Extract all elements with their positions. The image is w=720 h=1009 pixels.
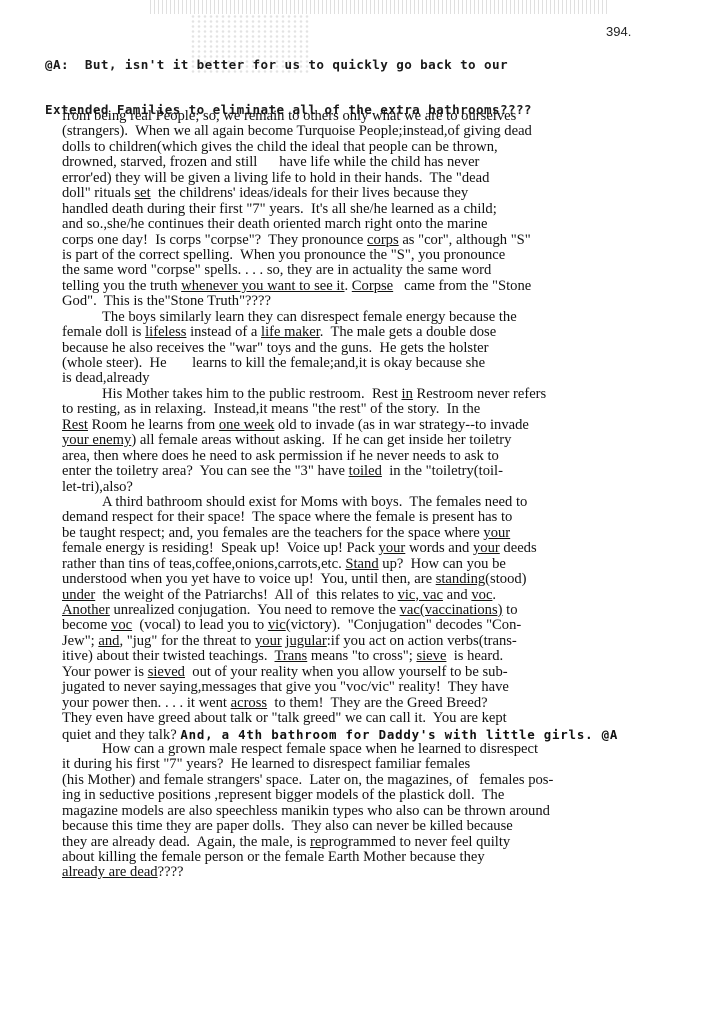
underlined-text: vic, vac [398, 587, 443, 603]
underlined-text: voc [111, 617, 132, 633]
underlined-text: your [255, 633, 282, 649]
text-line: doll" rituals set the childrens' ideas/i… [62, 186, 720, 201]
text-line: The boys similarly learn they can disres… [62, 310, 720, 325]
text-segment: handled death during their first "7" yea… [62, 201, 497, 217]
text-segment: programmed to never feel quilty [321, 834, 510, 850]
text-line: telling you the truth whenever you want … [62, 279, 720, 294]
text-segment: . The male gets a double dose [320, 324, 496, 340]
text-segment: God". This is the"Stone Truth"???? [62, 293, 271, 309]
text-segment: drowned, starved, frozen and still have … [62, 154, 479, 170]
text-line: is part of the correct spelling. When yo… [62, 248, 720, 263]
text-segment: (whole steer). He learns to kill the fem… [62, 355, 485, 371]
text-line: A third bathroom should exist for Moms w… [62, 495, 720, 510]
underlined-text: Rest [62, 417, 88, 433]
text-line: understood when you yet have to voice up… [62, 572, 720, 587]
text-line: become voc (vocal) to lead you to vic(vi… [62, 618, 720, 633]
text-line: it during his first "7" years? He learne… [62, 757, 720, 772]
text-segment: it during his first "7" years? He learne… [62, 756, 470, 772]
text-segment: is heard. [446, 648, 503, 664]
text-line: His Mother takes him to the public restr… [62, 387, 720, 402]
text-line: already are dead???? [62, 865, 720, 880]
underlined-text: sieve [416, 648, 446, 664]
text-segment: become [62, 617, 111, 633]
text-line: is dead,already [62, 371, 720, 386]
text-line: your enemy) all female areas without ask… [62, 433, 720, 448]
text-segment: be taught respect; and, you females are … [62, 525, 483, 541]
text-line: let-tri),also? [62, 480, 720, 495]
underlined-text: Trans [275, 648, 308, 664]
text-segment: deeds [500, 540, 537, 556]
text-segment: Room he learns from [88, 417, 219, 433]
text-segment: . [345, 278, 352, 294]
text-segment: is dead,already [62, 370, 150, 386]
text-line: about killing the female person or the f… [62, 850, 720, 865]
underlined-text: jugular [285, 633, 326, 649]
text-segment: telling you the truth [62, 278, 181, 294]
text-segment: Your power is [62, 664, 148, 680]
underlined-text: vac(vaccinations) [400, 602, 503, 618]
underlined-text: voc [471, 587, 492, 603]
text-line: jugated to never saying,messages that gi… [62, 680, 720, 695]
text-line: female energy is residing! Speak up! Voi… [62, 541, 720, 556]
text-line: Another unrealized conjugation. You need… [62, 603, 720, 618]
text-segment: ing in seductive positions ,represent bi… [62, 787, 504, 803]
underlined-text: toiled [349, 463, 382, 479]
text-segment: the childrens' ideas/ideals for their li… [151, 185, 469, 201]
text-segment: (vocal) to lead you to [132, 617, 268, 633]
text-segment: female doll is [62, 324, 145, 340]
text-line: magazine models are also speechless mani… [62, 804, 720, 819]
underlined-text: set [134, 185, 150, 201]
text-line: They even have greed about talk or "talk… [62, 711, 720, 726]
text-segment: (victory). "Conjugation" decodes "Con- [286, 617, 522, 633]
text-segment: The boys similarly learn they can disres… [102, 309, 517, 325]
text-line: the same word "corpse" spells. . . . so,… [62, 263, 720, 278]
text-segment: to them! They are the Greed Breed? [267, 695, 488, 711]
underlined-text: your enemy [62, 432, 131, 448]
underlined-text: across [231, 695, 267, 711]
text-segment: out of your reality when you allow yours… [185, 664, 508, 680]
text-line: God". This is the"Stone Truth"???? [62, 294, 720, 309]
text-segment: magazine models are also speechless mani… [62, 803, 550, 819]
text-line: ing in seductive positions ,represent bi… [62, 788, 720, 803]
text-segment: old to invade (as in war strategy--to in… [274, 417, 529, 433]
underlined-text: one week [219, 417, 275, 433]
text-segment: unrealized conjugation. You need to remo… [110, 602, 400, 618]
text-segment: is part of the correct spelling. When yo… [62, 247, 505, 263]
text-line: quiet and they talk? And, a 4th bathroom… [62, 727, 720, 742]
text-line: (his Mother) and female strangers' space… [62, 773, 720, 788]
text-segment: itive) about their twisted teachings. [62, 648, 275, 664]
underlined-text: your [379, 540, 406, 556]
underlined-text: life maker [261, 324, 320, 340]
text-segment: instead of a [186, 324, 261, 340]
text-segment: dolls to children(which gives the child … [62, 139, 498, 155]
text-segment: the weight of the Patriarchs! All of thi… [95, 587, 397, 603]
text-line: error'ed) they will be given a living li… [62, 171, 720, 186]
scan-artifact [150, 0, 610, 14]
text-segment: your power then. . . . it went [62, 695, 231, 711]
text-segment: means "to cross"; [307, 648, 416, 664]
text-segment: And, a 4th bathroom for Daddy's with lit… [180, 727, 618, 742]
text-line: (strangers). When we all again become Tu… [62, 124, 720, 139]
text-segment: let-tri),also? [62, 479, 133, 495]
underlined-text: and [98, 633, 119, 649]
text-segment: corps one day! Is corps "corpse"? They p… [62, 232, 367, 248]
text-segment: they are already dead. Again, the male, … [62, 834, 310, 850]
text-line: Your power is sieved out of your reality… [62, 665, 720, 680]
text-line: because he also receives the "war" toys … [62, 341, 720, 356]
text-line: area, then where does he need to ask per… [62, 449, 720, 464]
text-segment: , "jug" for the threat to [119, 633, 255, 649]
text-segment: ) all female areas without asking. If he… [131, 432, 511, 448]
text-line: How can a grown male respect female spac… [62, 742, 720, 757]
underlined-text: already are dead [62, 864, 158, 880]
document-body: from being real People; so, we remain to… [62, 109, 720, 881]
text-segment: to resting, as in relaxing. Instead,it m… [62, 401, 480, 417]
text-line: dolls to children(which gives the child … [62, 140, 720, 155]
text-segment: demand respect for their space! The spac… [62, 509, 512, 525]
text-line: be taught respect; and, you females are … [62, 526, 720, 541]
underlined-text: lifeless [145, 324, 186, 340]
text-segment: His Mother takes him to the public restr… [102, 386, 402, 402]
text-line: drowned, starved, frozen and still have … [62, 155, 720, 170]
text-segment: (his Mother) and female strangers' space… [62, 772, 553, 788]
text-segment: :if you act on action verbs(trans- [327, 633, 517, 649]
text-line: your power then. . . . it went across to… [62, 696, 720, 711]
text-line: female doll is lifeless instead of a lif… [62, 325, 720, 340]
text-segment: in the "toiletry(toil- [382, 463, 503, 479]
text-line: they are already dead. Again, the male, … [62, 835, 720, 850]
underlined-text: your [483, 525, 510, 541]
page-number: 394. [606, 24, 631, 39]
text-line: enter the toiletry area? You can see the… [62, 464, 720, 479]
text-segment: doll" rituals [62, 185, 134, 201]
text-segment: area, then where does he need to ask per… [62, 448, 499, 464]
text-segment: Jew"; [62, 633, 98, 649]
text-line: corps one day! Is corps "corpse"? They p… [62, 233, 720, 248]
underlined-text: standing [436, 571, 485, 587]
header-line-1: @A: But, isn't it better for us to quick… [45, 57, 532, 72]
text-segment: A third bathroom should exist for Moms w… [102, 494, 527, 510]
text-segment: because he also receives the "war" toys … [62, 340, 488, 356]
text-segment: and so.,she/he continues their death ori… [62, 216, 488, 232]
underlined-text: corps [367, 232, 399, 248]
text-segment: the same word "corpse" spells. . . . so,… [62, 262, 491, 278]
text-line: under the weight of the Patriarchs! All … [62, 588, 720, 603]
underlined-text: in [402, 386, 413, 402]
underlined-text: whenever you want to see it [181, 278, 344, 294]
text-segment: Restroom never refers [413, 386, 546, 402]
text-segment: words and [405, 540, 473, 556]
text-segment: (strangers). When we all again become Tu… [62, 123, 532, 139]
text-line: to resting, as in relaxing. Instead,it m… [62, 402, 720, 417]
text-line: from being real People; so, we remain to… [62, 109, 720, 124]
text-segment: . [492, 587, 496, 603]
text-line: itive) about their twisted teachings. Tr… [62, 649, 720, 664]
text-segment: as "cor", although "S" [399, 232, 531, 248]
underlined-text: re [310, 834, 321, 850]
text-segment: How can a grown male respect female spac… [102, 741, 538, 757]
underlined-text: under [62, 587, 95, 603]
text-segment: came from the "Stone [393, 278, 531, 294]
text-segment: rather than tins of teas,coffee,onions,c… [62, 556, 345, 572]
text-line: and so.,she/he continues their death ori… [62, 217, 720, 232]
text-segment: female energy is residing! Speak up! Voi… [62, 540, 379, 556]
underlined-text: Another [62, 602, 110, 618]
underlined-text: Stand [345, 556, 378, 572]
underlined-text: vic [268, 617, 286, 633]
underlined-text: your [473, 540, 500, 556]
text-segment: to [503, 602, 518, 618]
text-line: Rest Room he learns from one week old to… [62, 418, 720, 433]
text-segment: from being real People; so, we remain to… [62, 108, 516, 124]
text-segment: They even have greed about talk or "talk… [62, 710, 507, 726]
text-segment: about killing the female person or the f… [62, 849, 485, 865]
text-segment: up? How can you be [379, 556, 506, 572]
text-segment: understood when you yet have to voice up… [62, 571, 436, 587]
text-line: rather than tins of teas,coffee,onions,c… [62, 557, 720, 572]
text-segment: and [443, 587, 471, 603]
text-segment: ???? [158, 864, 184, 880]
text-line: because this time they are paper dolls. … [62, 819, 720, 834]
text-line: demand respect for their space! The spac… [62, 510, 720, 525]
underlined-text: Corpse [352, 278, 393, 294]
underlined-text: sieved [148, 664, 185, 680]
text-line: handled death during their first "7" yea… [62, 202, 720, 217]
text-segment: (stood) [485, 571, 526, 587]
text-line: Jew"; and, "jug" for the threat to your … [62, 634, 720, 649]
text-segment: because this time they are paper dolls. … [62, 818, 513, 834]
text-segment: enter the toiletry area? You can see the… [62, 463, 349, 479]
text-segment: error'ed) they will be given a living li… [62, 170, 489, 186]
text-segment: jugated to never saying,messages that gi… [62, 679, 509, 695]
text-line: (whole steer). He learns to kill the fem… [62, 356, 720, 371]
